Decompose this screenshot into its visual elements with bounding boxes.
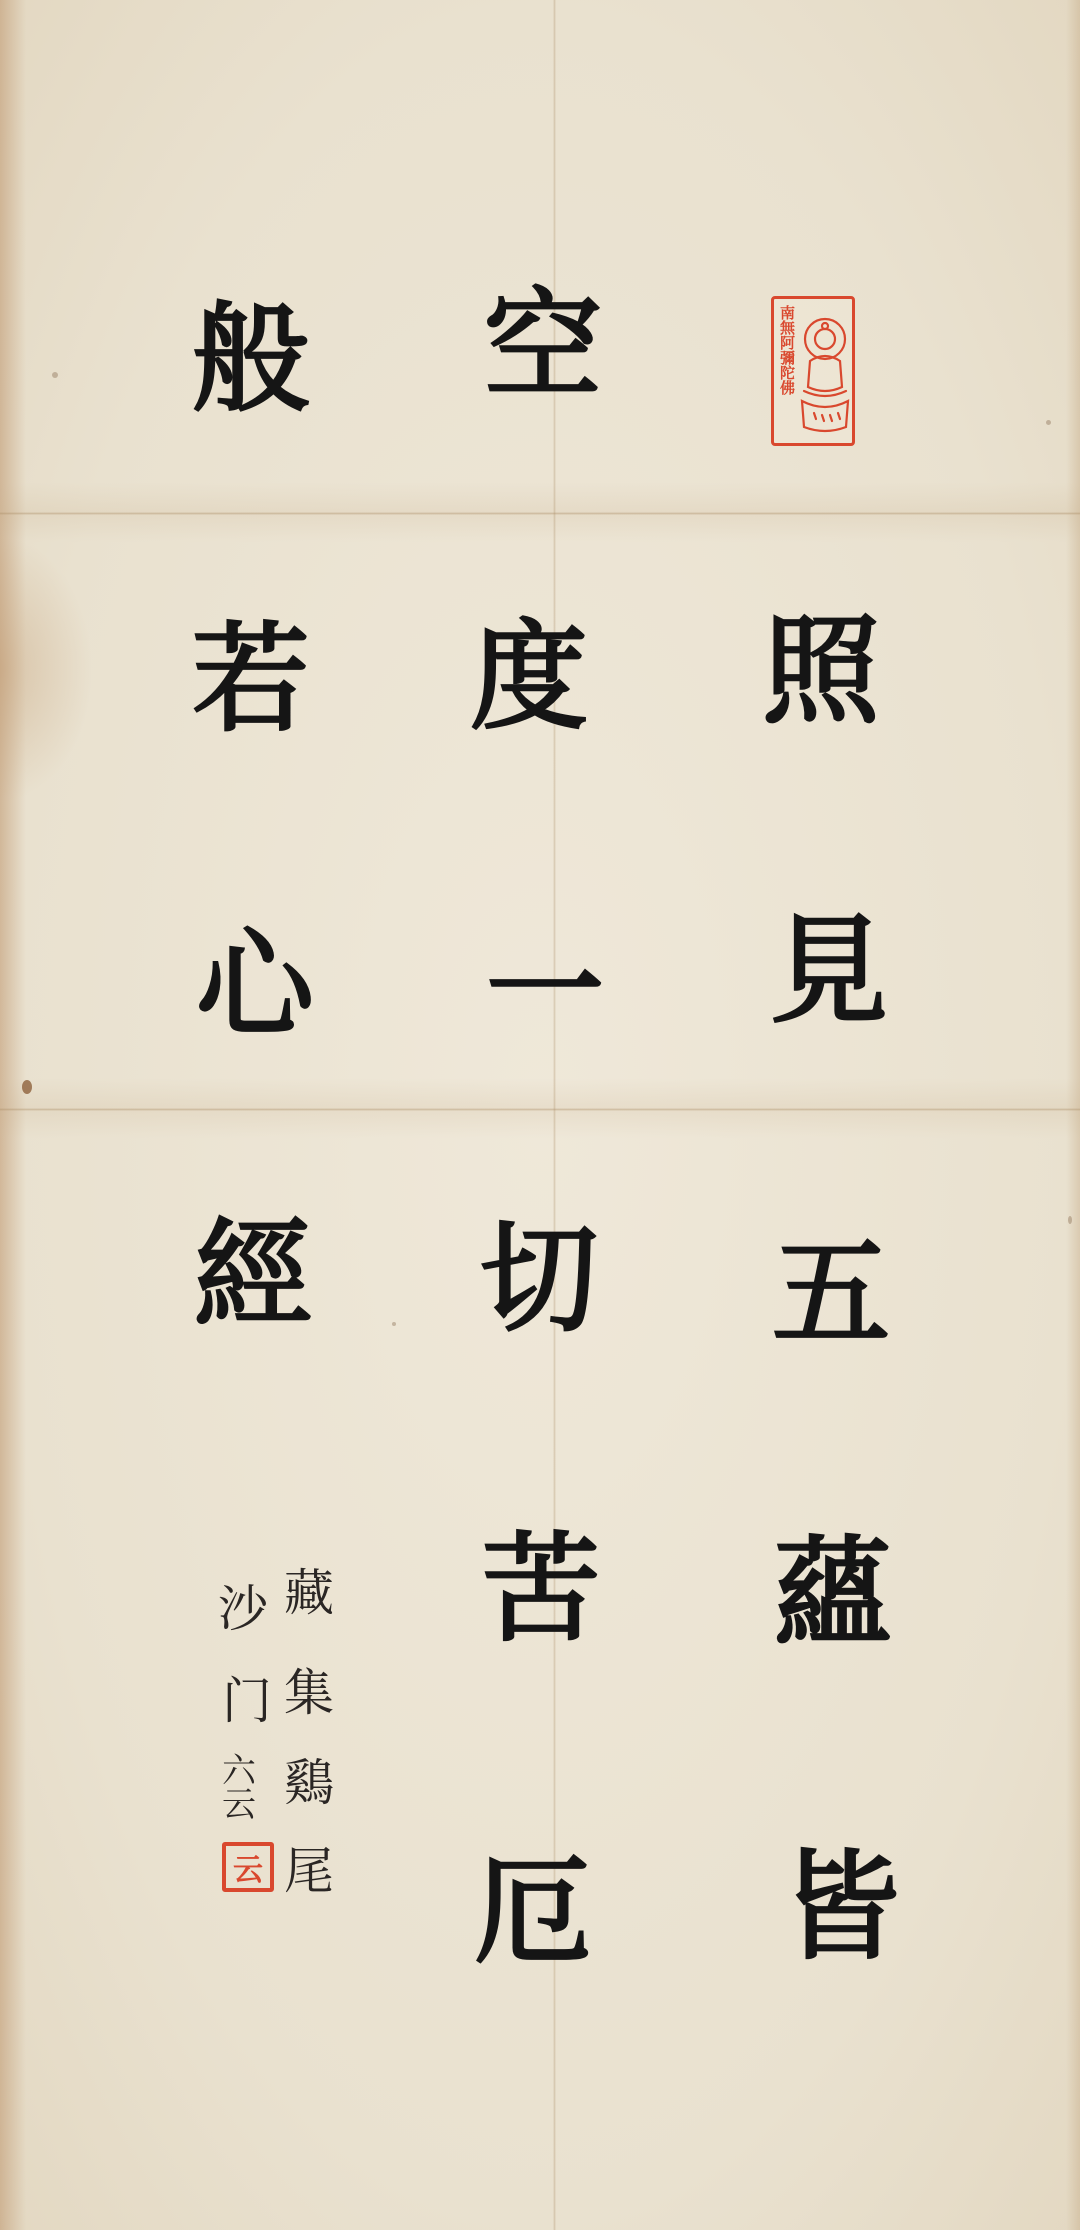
char-middle-2: 度 bbox=[470, 618, 588, 736]
paper-speck bbox=[52, 372, 58, 378]
paper-speck bbox=[22, 1080, 32, 1094]
char-right-3: 五 bbox=[772, 1234, 890, 1352]
char-left-2: 若 bbox=[192, 620, 310, 738]
char-middle-3: 一 bbox=[486, 932, 604, 1050]
paper-speck bbox=[392, 1322, 396, 1326]
char-right-5: 皆 bbox=[782, 1848, 900, 1966]
fold-line-upper bbox=[0, 512, 1080, 515]
char-left-1: 般 bbox=[192, 300, 310, 418]
inscription-right-4: 尾 bbox=[284, 1846, 334, 1896]
paper-speck bbox=[1046, 420, 1051, 425]
signature-seal: 云 bbox=[222, 1842, 274, 1892]
char-left-3: 心 bbox=[196, 926, 314, 1044]
char-left-4: 經 bbox=[194, 1216, 312, 1334]
seated-buddha-icon bbox=[798, 309, 852, 439]
char-right-2: 見 bbox=[770, 912, 888, 1030]
fold-line-lower bbox=[0, 1108, 1080, 1111]
inscription-left-1: 沙 bbox=[218, 1584, 268, 1634]
inscription-left-4: 云 bbox=[222, 1788, 256, 1822]
char-middle-4: 切 bbox=[480, 1220, 598, 1338]
buddha-seal: 南無阿彌陀佛 bbox=[771, 296, 855, 446]
char-middle-5: 苦 bbox=[482, 1530, 600, 1648]
inscription-left-3: 六 bbox=[222, 1754, 256, 1788]
inscription-left-2: 门 bbox=[222, 1676, 272, 1726]
signature-seal-glyph: 云 bbox=[226, 1846, 270, 1888]
char-middle-1: 空 bbox=[484, 286, 602, 404]
inscription-right-2: 集 bbox=[284, 1668, 334, 1718]
inscription-right-1: 藏 bbox=[284, 1568, 334, 1618]
char-right-4: 蘊 bbox=[774, 1534, 892, 1652]
inscription-right-3: 鷄 bbox=[284, 1758, 334, 1808]
char-right-1: 照 bbox=[762, 612, 880, 730]
char-middle-6: 厄 bbox=[474, 1852, 592, 1970]
seal-inscription: 南無阿彌陀佛 bbox=[778, 305, 796, 395]
paper-speck bbox=[1068, 1216, 1072, 1224]
